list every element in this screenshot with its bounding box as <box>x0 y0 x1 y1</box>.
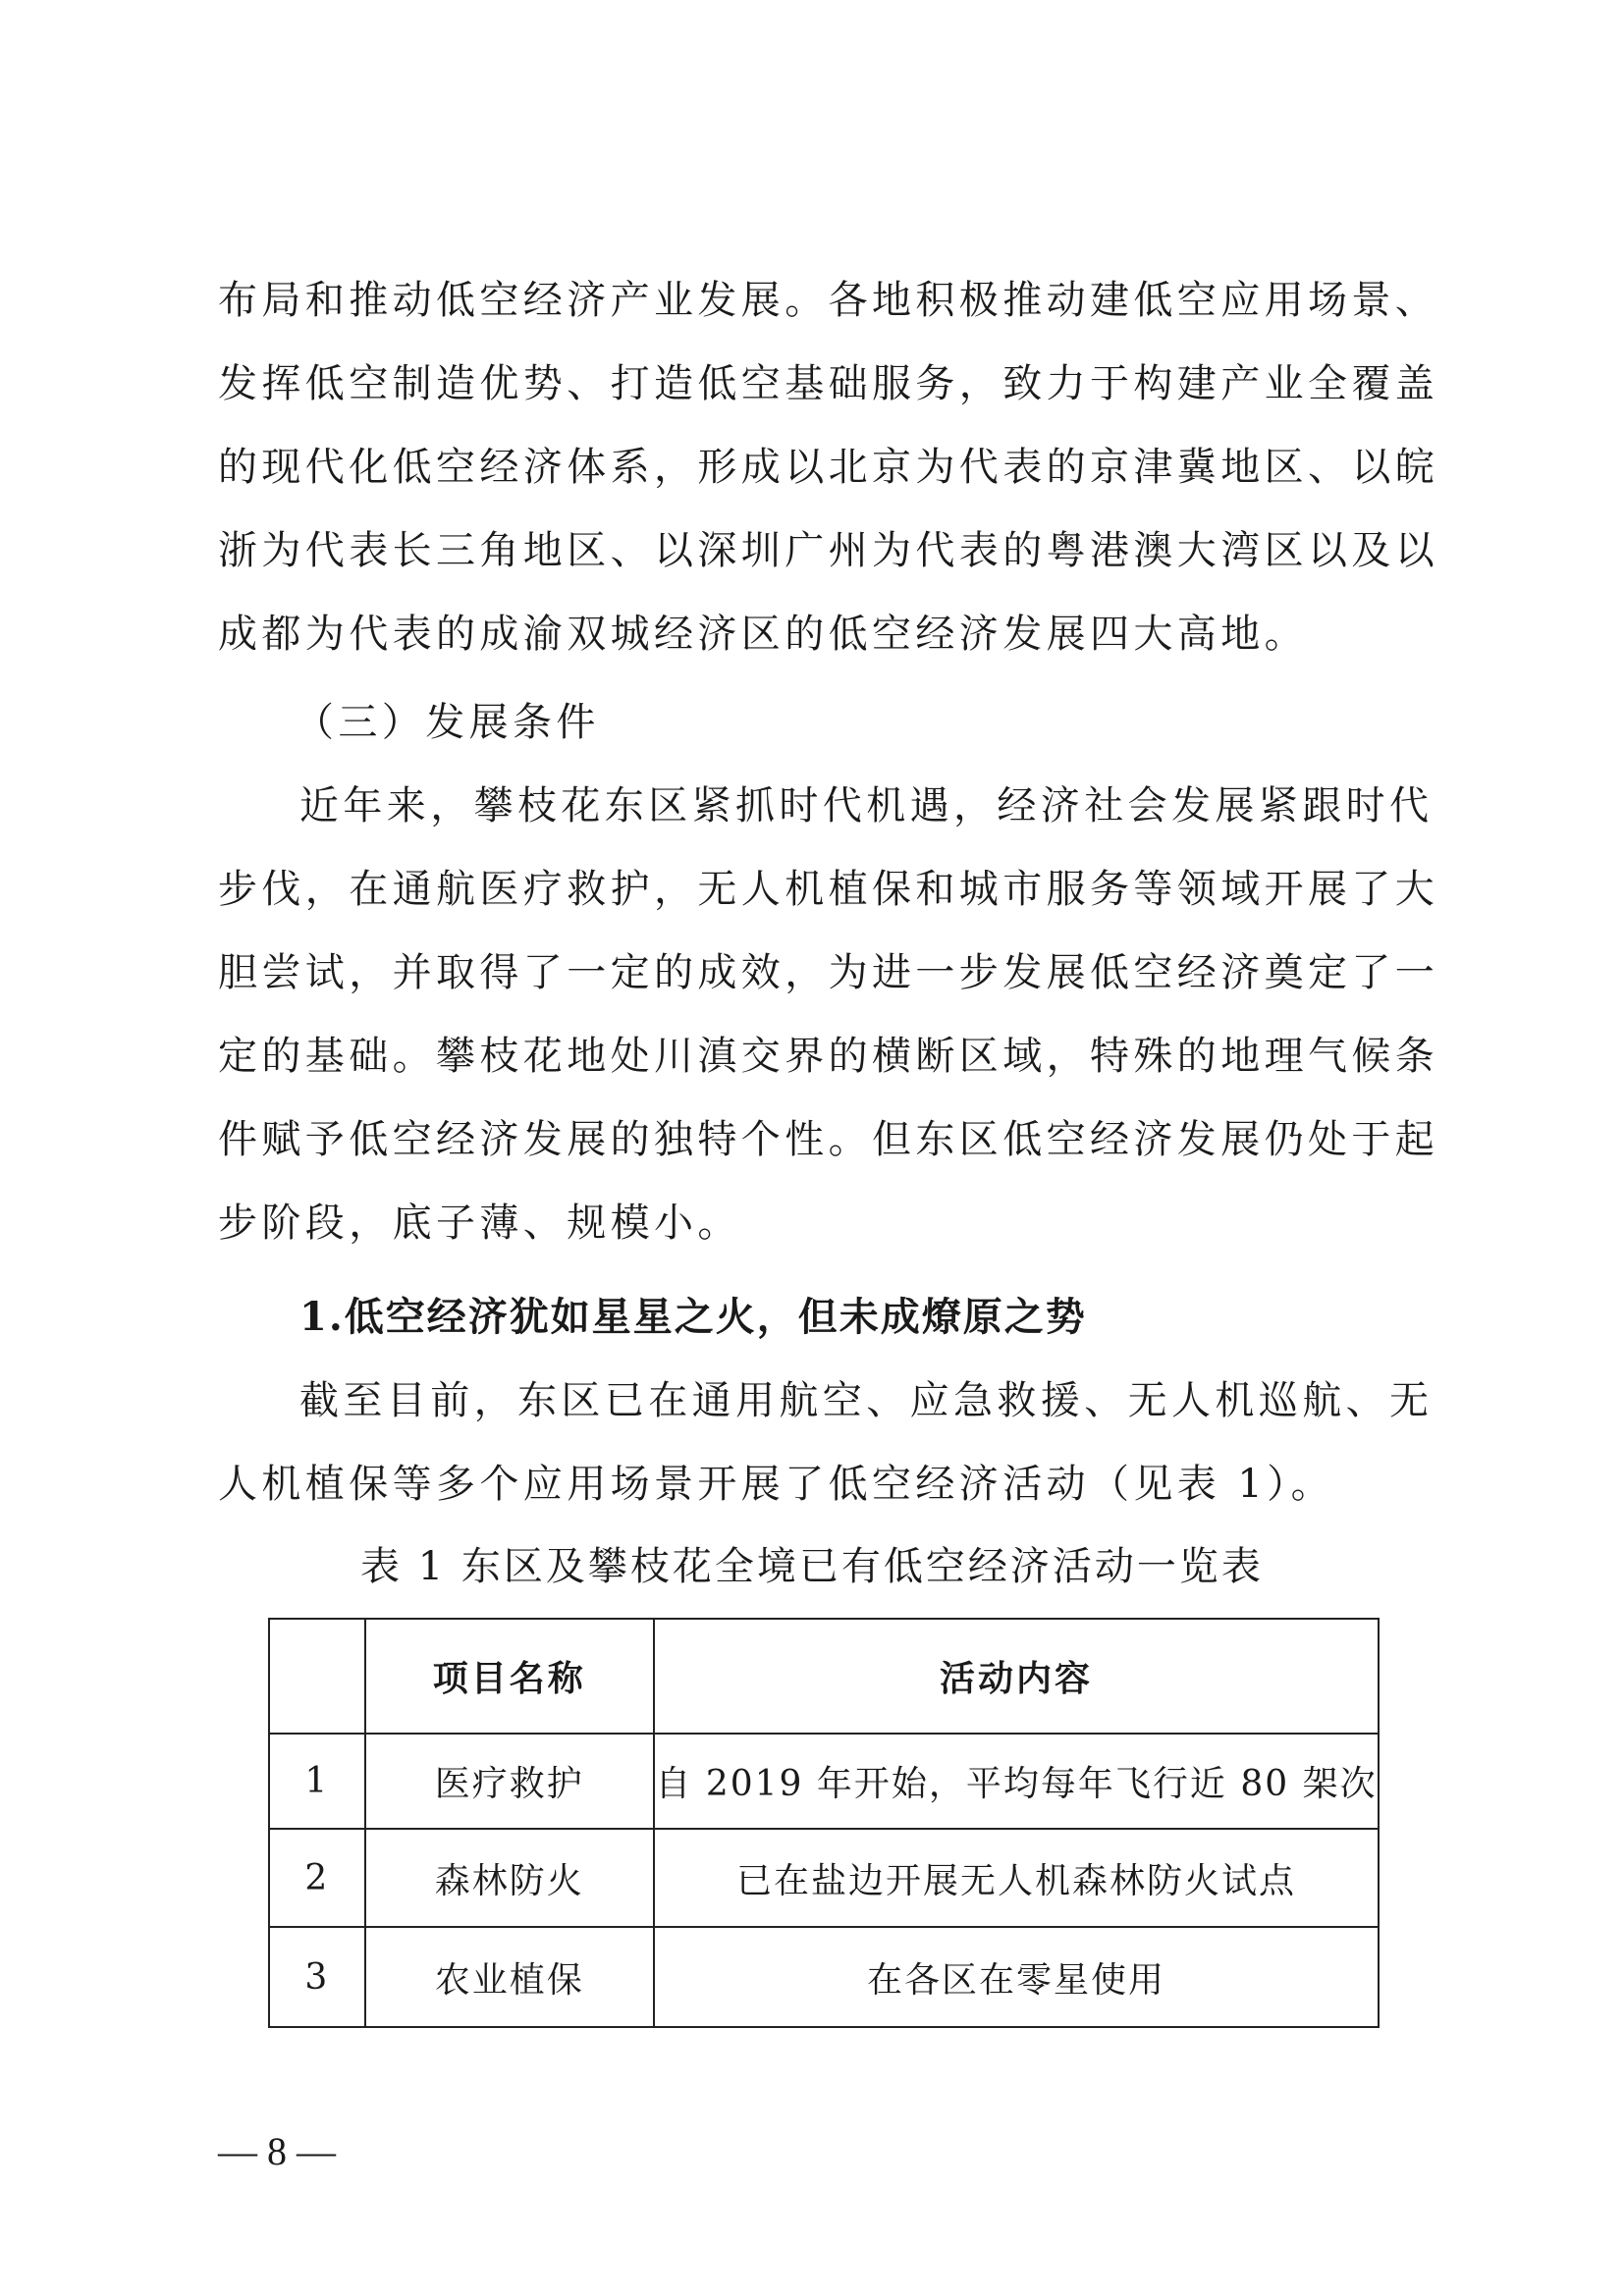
row-project-name: 医疗救护 <box>365 1734 654 1829</box>
row-activity-content: 在各区在零星使用 <box>654 1927 1379 2027</box>
paragraph-line: 发挥低空制造优势、打造低空基础服务，致力于构建产业全覆盖 <box>218 360 1426 407</box>
row-index: 1 <box>269 1734 365 1829</box>
paragraph-line: 近年来，攀枝花东区紧抓时代机遇，经济社会发展紧跟时代 <box>299 782 1507 829</box>
table-row: 2 森林防火 已在盐边开展无人机森林防火试点 <box>269 1829 1379 1927</box>
document-page: 布局和推动低空经济产业发展。各地积极推动建低空应用场景、 发挥低空制造优势、打造… <box>0 0 1624 2296</box>
subheading: 1.低空经济犹如星星之火，但未成燎原之势 <box>299 1294 1507 1341</box>
paragraph-line: 成都为代表的成渝双城经济区的低空经济发展四大高地。 <box>218 611 1426 658</box>
header-project-name: 项目名称 <box>365 1619 654 1734</box>
row-activity-content: 已在盐边开展无人机森林防火试点 <box>654 1829 1379 1927</box>
page-number: — 8 — <box>218 2128 336 2175</box>
section-heading: （三）发展条件 <box>295 699 1502 746</box>
paragraph-line: 布局和推动低空经济产业发展。各地积极推动建低空应用场景、 <box>218 277 1426 324</box>
activity-table: 项目名称 活动内容 1 医疗救护 自 2019 年开始，平均每年飞行近 80 架… <box>268 1618 1380 2028</box>
header-activity-content: 活动内容 <box>654 1619 1379 1734</box>
table-caption: 表 1 东区及攀枝花全境已有低空经济活动一览表 <box>0 1543 1624 1590</box>
table-row: 3 农业植保 在各区在零星使用 <box>269 1927 1379 2027</box>
paragraph-line: 定的基础。攀枝花地处川滇交界的横断区域，特殊的地理气候条 <box>218 1033 1426 1080</box>
row-project-name: 农业植保 <box>365 1927 654 2027</box>
paragraph-line: 步阶段，底子薄、规模小。 <box>218 1200 1426 1247</box>
row-index: 3 <box>269 1927 365 2027</box>
row-project-name: 森林防火 <box>365 1829 654 1927</box>
paragraph-line: 浙为代表长三角地区、以深圳广州为代表的粤港澳大湾区以及以 <box>218 527 1426 574</box>
table-header-row: 项目名称 活动内容 <box>269 1619 1379 1734</box>
table-row: 1 医疗救护 自 2019 年开始，平均每年飞行近 80 架次 <box>269 1734 1379 1829</box>
paragraph-line: 胆尝试，并取得了一定的成效，为进一步发展低空经济奠定了一 <box>218 949 1426 996</box>
row-activity-content: 自 2019 年开始，平均每年飞行近 80 架次 <box>654 1734 1379 1829</box>
paragraph-line: 件赋予低空经济发展的独特个性。但东区低空经济发展仍处于起 <box>218 1116 1426 1163</box>
paragraph-line: 人机植保等多个应用场景开展了低空经济活动（见表 1）。 <box>218 1461 1426 1508</box>
paragraph-line: 步伐，在通航医疗救护，无人机植保和城市服务等领域开展了大 <box>218 866 1426 913</box>
paragraph-line: 截至目前，东区已在通用航空、应急救援、无人机巡航、无 <box>299 1377 1507 1424</box>
row-index: 2 <box>269 1829 365 1927</box>
header-index <box>269 1619 365 1734</box>
paragraph-line: 的现代化低空经济体系，形成以北京为代表的京津冀地区、以皖 <box>218 444 1426 491</box>
